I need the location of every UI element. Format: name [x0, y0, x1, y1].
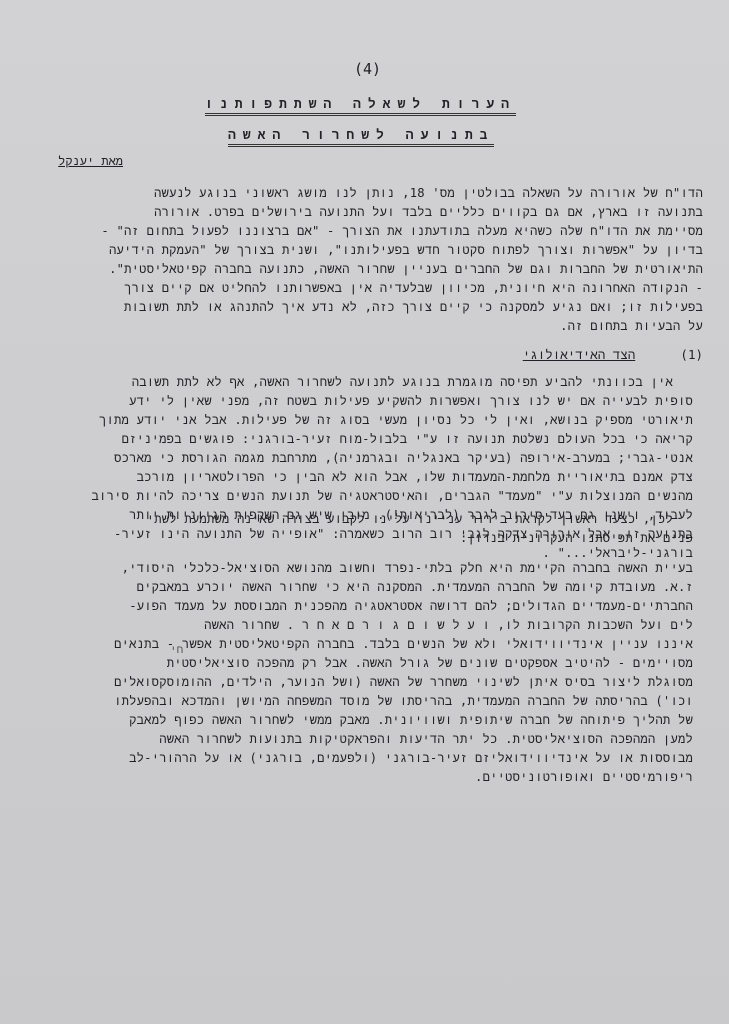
section-1-line: קריאה כי בכל העולם נשלטת תנועה זו ע"י בל… [122, 432, 693, 447]
section-1-line: סופית לבעייה אם יש לנו צורך ואפשרות להשק… [129, 394, 693, 409]
section-1-line: צדק אמנם בתיאוריית מלחמת-המעמדות שלו, אב… [137, 470, 693, 485]
section-1-line: תיאורטי מספיק בנושא, ואין לי כל נסיון מע… [99, 413, 693, 428]
scanned-page: (4) הערות לשאלה השתתפותנו בתנועה לשחרור … [0, 0, 729, 1024]
document-title-line-2: בתנועה לשחרור האשה [228, 128, 494, 147]
section-1-line: מסויימים - להיטיב אספקטים שונים של גורל … [167, 656, 693, 671]
intro-line: בפעילות זו; ואם נגיע למסקנה כי קיים צורך… [124, 300, 703, 315]
section-1-line: של תהליך פיתוחה של חברה שיתופית ושוויוני… [129, 713, 693, 728]
intro-line: התיאורטית של החברות וגם של החברים בעניין… [109, 262, 703, 277]
intro-line: בדיון על "אפשרות וצורך לפתוח סקטור חדש ב… [109, 243, 703, 258]
section-1-line: ז.א. מעובדת קיומה של החברה המעמדית. המסק… [137, 580, 693, 595]
section-1-line: אין בכוונתי להביע תפיסה מוגמרת בנוגע לתנ… [132, 375, 673, 390]
section-1-line: ריפורמיסטיים ואופורטוניסטיים. [475, 770, 693, 785]
section-1-line: מבוססות או על אינדיווידואליזם זעיר-בורגנ… [129, 751, 693, 766]
section-1-line: איננו עניין אינדיווידואלי ולא של הנשים ב… [114, 637, 693, 652]
section-1-number: (1) [680, 347, 703, 362]
document-title-line-1: הערות לשאלה השתתפותנו [205, 97, 516, 116]
intro-line: מסיימת את הדו"ח שלה כשהיא מעלה בתודעתנו … [101, 224, 703, 239]
section-1-line: לים ועל השכבות הקרובות לו, ו ע ל ש ו ם ג… [204, 618, 693, 633]
author-byline: מאת יענקל [58, 154, 123, 169]
section-1-title: הצד האידיאולוגי [523, 347, 636, 362]
section-1-line: אנטי-גברי; במערב-אירופה (בעיקר באנגליה ו… [114, 451, 693, 466]
section-1-line: בעיית האשה בחברה הקיימת היא חלק בלתי-נפר… [122, 561, 693, 576]
intro-line: בתנועה זו בארץ, אם גם בקווים כלליים בלבד… [154, 205, 703, 220]
section-1-line: החברתיים-מעמדיים הגדולים; להם דרושה אסטר… [129, 599, 693, 614]
section-1-line: מהנשים המנוצלות ע"י "מעמד" הגברים, והאיס… [92, 489, 693, 504]
section-1-line: בורגני-ליבראלי..." . [543, 546, 693, 561]
handwritten-margin-mark: חי [170, 643, 183, 657]
intro-line: על הבעיות בתחום זה. [560, 319, 703, 334]
section-1-line: למען המהפכה הסוציאליסטית. כל יתר הדיעות … [159, 732, 693, 747]
intro-line: הדו"ח של אורורה על השאלה בבולטין מס' 18,… [154, 186, 703, 201]
section-1-line: לכן, כצעד ראשון לקראת בירור עניינו עלינו… [147, 512, 673, 527]
section-1-line: פנים את תפיסתנו העקרונית בנדון: [460, 531, 693, 546]
intro-line: - הנקודה האחרונה היא חיונית, מכיוון שבלע… [124, 281, 703, 296]
page-number: (4) [354, 60, 381, 78]
section-1-line: מסוגלת ליצור בסיס איתן לשינוי משחרר של ה… [114, 675, 693, 690]
section-1-line: וכו') בהריסתה של החברה המעמדית, בהריסתו … [114, 694, 693, 709]
section-1-heading: (1) הצד האידיאולוגי [523, 347, 703, 363]
